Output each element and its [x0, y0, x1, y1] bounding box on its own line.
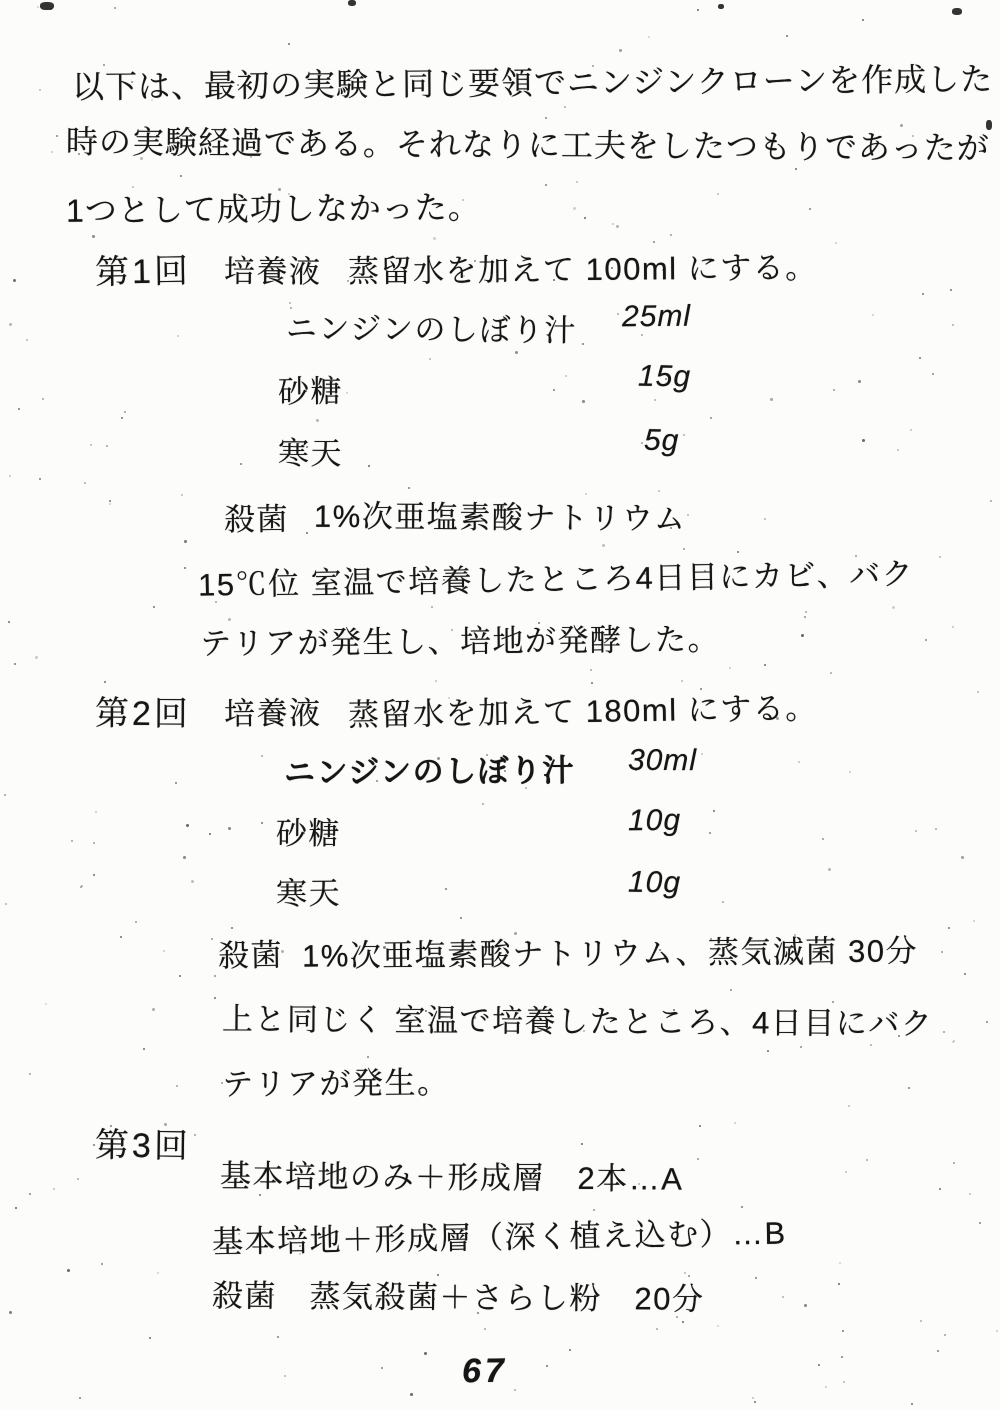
- result-line: 15℃位 室温で培養したところ4日目にカビ、バク: [198, 548, 915, 604]
- scanned-notebook-page: 以下は、最初の実験と同じ要領でニンジンクローンを作成した 時の実験経過である。そ…: [0, 0, 1000, 1410]
- page-number: 67: [462, 1352, 508, 1391]
- ingredient-amount: 15g: [638, 360, 692, 395]
- intro-line-3: 1つとして成功しなかった。: [66, 182, 481, 232]
- experiment-2-instruction: 蒸留水を加えて 180ml にする。: [348, 682, 818, 734]
- ingredient-name: 寒天: [278, 428, 343, 473]
- intro-line-2: 時の実験経過である。それなりに工夫をしたつもりであったが: [66, 117, 990, 169]
- sterilization-label: 殺菌: [224, 494, 289, 540]
- sterilization-method: 1%次亜塩素酸ナトリウム、蒸気滅菌 30分: [302, 925, 918, 975]
- experiment-3-line: 殺菌 蒸気殺菌＋さらし粉 20分: [212, 1270, 705, 1318]
- ingredient-name: 砂糖: [276, 808, 341, 853]
- experiment-3-line: 基本培地＋形成層（深く植え込む）…B: [212, 1207, 787, 1261]
- ingredient-amount: 10g: [628, 866, 682, 901]
- ingredient-name: 寒天: [276, 868, 341, 914]
- experiment-1-medium-label: 培養液: [224, 246, 322, 292]
- experiment-3-line: 基本培地のみ＋形成層 2本…A: [220, 1150, 684, 1198]
- experiment-1-instruction: 蒸留水を加えて 100ml にする。: [348, 242, 818, 291]
- experiment-2-heading: 第2回: [95, 686, 191, 736]
- experiment-3-heading: 第3回: [95, 1117, 192, 1167]
- ingredient-amount: 5g: [644, 424, 680, 458]
- result-line: 上と同じく 室温で培養したところ、4日目にバク: [222, 994, 934, 1044]
- experiment-1-heading: 第1回: [95, 243, 192, 294]
- sterilization-label: 殺菌: [218, 929, 284, 975]
- ingredient-amount: 30ml: [628, 744, 697, 778]
- ingredient-amount: 25ml: [622, 300, 691, 335]
- result-line: テリアが発生。: [222, 1057, 450, 1104]
- ingredient-name: ニンジンのしぼり汁: [284, 745, 575, 793]
- ingredient-name: ニンジンのしぼり汁: [286, 303, 577, 350]
- sterilization-method: 1%次亜塩素酸ナトリウム: [314, 491, 687, 539]
- ingredient-name: 砂糖: [278, 366, 343, 412]
- result-line: テリアが発生し、培地が発酵した。: [200, 614, 720, 664]
- experiment-2-medium-label: 培養液: [224, 688, 322, 734]
- intro-line-1: 以下は、最初の実験と同じ要領でニンジンクローンを作成した: [72, 54, 993, 108]
- ingredient-amount: 10g: [628, 804, 681, 838]
